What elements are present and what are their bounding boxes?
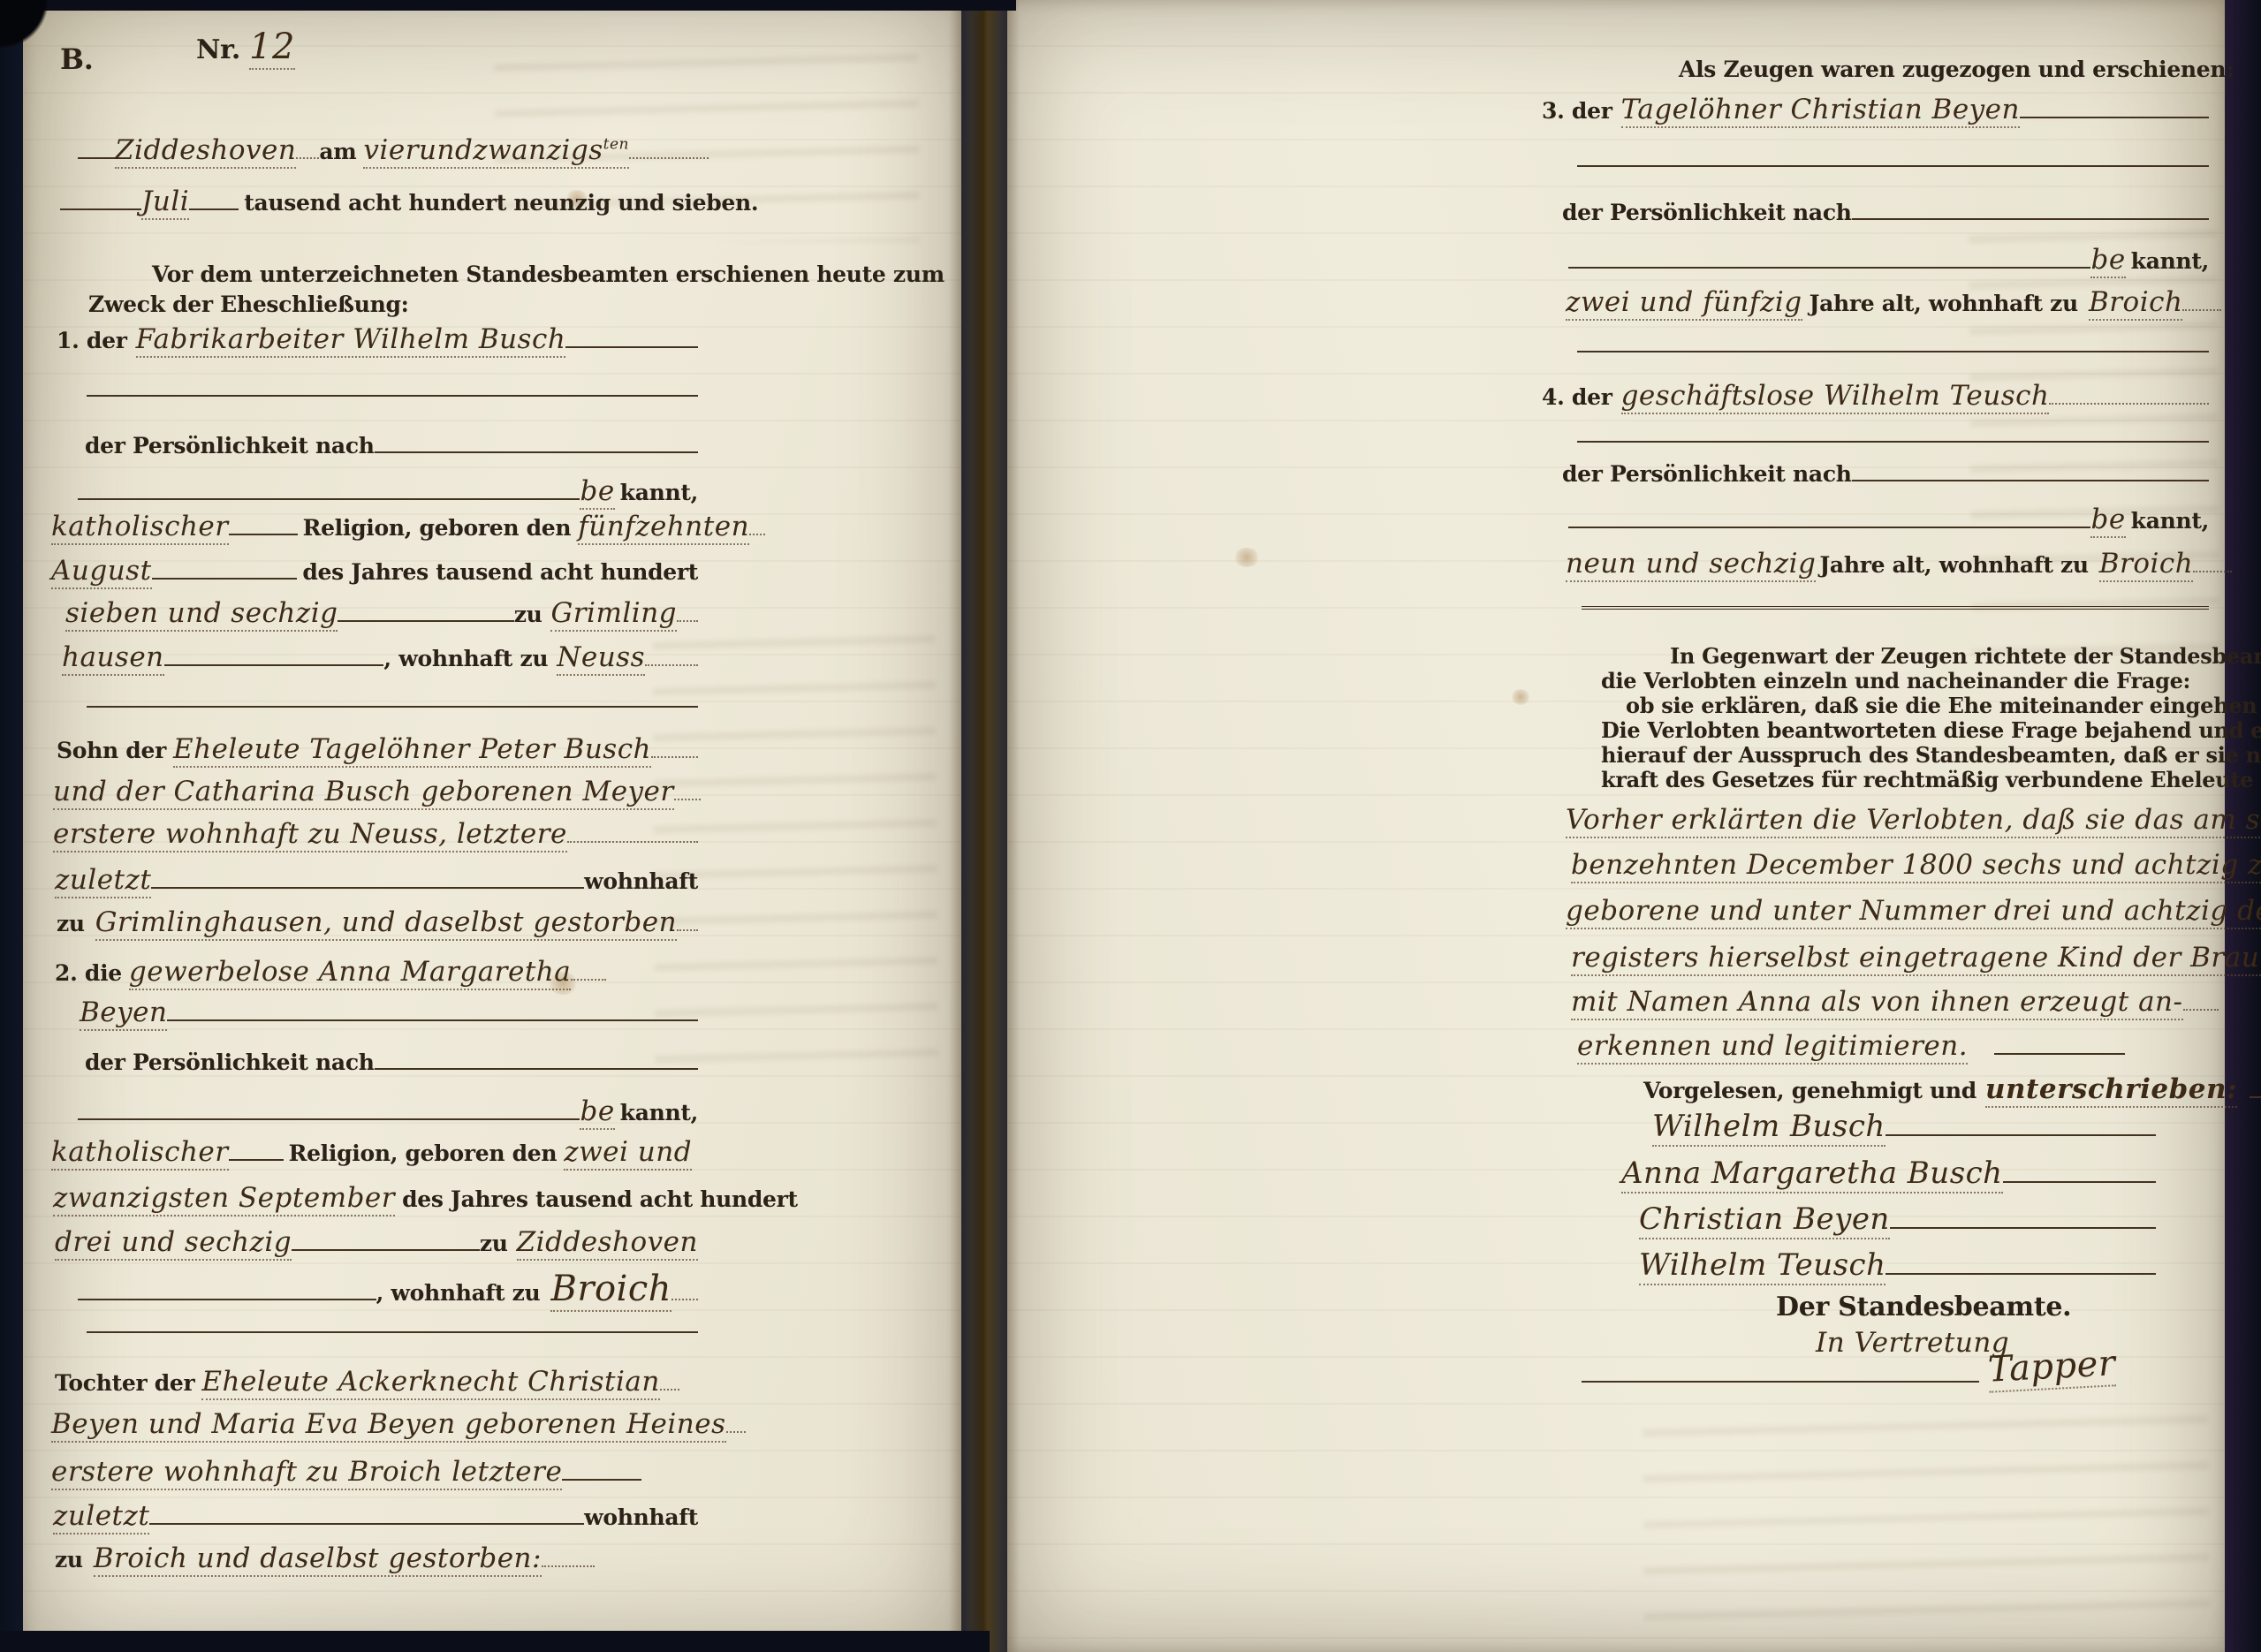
groom-line: 1. der Fabrikarbeiter Wilhelm Busch <box>57 323 698 358</box>
vertretung-line: In Vertretung <box>1816 1327 2009 1359</box>
month-entry: Juli <box>141 186 189 220</box>
bride-line: 2. die gewerbelose Anna Margaretha <box>55 956 698 990</box>
legitimation-line-6: erkennen und legitimieren. <box>1577 1030 2125 1065</box>
am-label: am <box>319 139 356 164</box>
witness4-line: 4. der geschäftslose Wilhelm Teusch <box>1542 380 2209 414</box>
birthday-entry: fünfzehnten <box>578 511 749 545</box>
bekannt-line-bride: be kannt, <box>78 1095 698 1130</box>
groom-parents-line-3: erstere wohnhaft zu Neuss, letztere <box>53 818 698 853</box>
registry-book-photo: B. Nr. 12 Ziddeshoven am vierundzwanzigs… <box>0 0 2261 1652</box>
bekannt-line-groom: be kannt, <box>78 475 698 510</box>
declaration-printed-6: kraft des Gesetzes für rechtmäßig verbun… <box>1601 767 2261 792</box>
witness3-line: 3. der Tagelöhner Christian Beyen <box>1542 94 2209 128</box>
bride-parents-line-2: Beyen und Maria Eva Beyen geborenen Hein… <box>51 1408 698 1443</box>
legitimation-line-5: mit Namen Anna als von ihnen erzeugt an- <box>1571 986 2209 1020</box>
foxing-stain <box>1233 548 1260 567</box>
religion-line-groom: katholischer Religion, geboren den fünfz… <box>51 511 698 545</box>
bride-parents-line-1: Tochter der Eheleute Ackerknecht Christi… <box>55 1366 698 1400</box>
birthmonth-entry: August <box>51 555 152 589</box>
groom-parents-line-4: zuletzt wohnhaft <box>55 864 698 898</box>
groom-parents-line-5: zu Grimlinghausen, und daselbst gestorbe… <box>57 906 698 941</box>
witness3-entry: Tagelöhner Christian Beyen <box>1621 94 2020 128</box>
declaration-printed-4: Die Verlobten beantworteten diese Frage … <box>1601 717 2261 743</box>
declaration-printed-3: ob sie erklären, daß sie die Ehe miteina… <box>1626 693 2261 718</box>
birthyear-line-bride: drei und sechzig zu Ziddeshoven <box>55 1226 698 1261</box>
age-line-w4: neun und sechzig Jahre alt, wohnhaft zu … <box>1566 548 2209 582</box>
legitimation-line-4: registers hierselbst eingetragene Kind d… <box>1571 942 2209 976</box>
section-letter-label: B. <box>60 42 94 76</box>
record-number: Nr. 12 <box>196 27 295 70</box>
place-date-line: Ziddeshoven am vierundzwanzigsten <box>78 134 709 169</box>
legitimation-line-1: Vorher erklärten die Verlobten, daß sie … <box>1566 804 2209 838</box>
witness3-age-entry: zwei und fünfzig <box>1566 286 1802 321</box>
blank-rule <box>87 394 698 397</box>
bride-entry: gewerbelose Anna Margaretha <box>129 956 571 990</box>
foxing-stain <box>1511 689 1530 705</box>
section-letter: B. <box>60 42 94 76</box>
book-edge-top <box>0 0 1016 11</box>
section-divider-rule <box>1582 606 2209 610</box>
declaration-printed-2: die Verlobten einzeln und nacheinander d… <box>1601 668 2190 693</box>
blank-rule <box>1577 350 2209 352</box>
unterschrieben-entry: unterschrieben: <box>1985 1073 2237 1108</box>
witness4-entry: geschäftslose Wilhelm Teusch <box>1621 380 2050 414</box>
declaration-printed-5: hierauf der Ausspruch des Standesbeamten… <box>1601 742 2261 768</box>
number-value: 12 <box>249 27 295 70</box>
bride-surname-entry: Beyen <box>80 997 167 1031</box>
bride-residence-entry: Broich <box>550 1269 671 1312</box>
blank-rule <box>1577 440 2209 443</box>
blank-rule <box>87 1330 698 1333</box>
witness4-age-entry: neun und sechzig <box>1566 548 1816 582</box>
registrar-signature: Tapper <box>1988 1346 2115 1390</box>
birthmonth-line-groom: August des Jahres tausend acht hundert <box>51 555 698 589</box>
blank-rule <box>87 705 698 708</box>
witness3-residence-entry: Broich <box>2089 286 2183 321</box>
birthyear-entry: sieben und sechzig <box>65 597 338 632</box>
residence-line-bride: , wohnhaft zu Broich <box>78 1269 698 1312</box>
birthplace-entry-2: hausen <box>62 641 164 676</box>
year-printed: tausend acht hundert neunzig und sieben. <box>244 190 758 216</box>
be-entry: be <box>580 475 614 510</box>
birthplace-entry: Grimling <box>550 597 677 632</box>
place-entry: Ziddeshoven <box>115 134 296 169</box>
declaration-printed-1: In Gegenwart der Zeugen richtete der Sta… <box>1670 643 2261 669</box>
number-label: Nr. <box>196 34 240 65</box>
groom-entry: Fabrikarbeiter Wilhelm Busch <box>136 323 566 358</box>
witness4-residence-entry: Broich <box>2099 548 2194 582</box>
bleed-through-text <box>1643 1403 2210 1636</box>
witness-header: Als Zeugen waren zugezogen und erschiene… <box>1679 57 2234 82</box>
bride-parents-line-3: erstere wohnhaft zu Broich letztere <box>51 1456 698 1490</box>
bride-parents-line-5: zu Broich und daselbst gestorben: <box>55 1542 698 1577</box>
identity-line-groom: der Persönlichkeit nach <box>85 433 698 458</box>
religion-line-bride: katholischer Religion, geboren den zwei … <box>51 1136 698 1171</box>
signature-bride: Anna Margaretha Busch <box>1621 1156 2156 1194</box>
book-edge-bottom <box>0 1631 990 1652</box>
blank-rule <box>1577 164 2209 167</box>
age-line-w3: zwei und fünfzig Jahre alt, wohnhaft zu … <box>1566 286 2209 321</box>
bekannt-line-w3: be kannt, <box>1568 244 2209 278</box>
intro-line-1: Vor dem unterzeichneten Standesbeamten e… <box>152 261 945 287</box>
book-gutter <box>949 0 1020 1652</box>
witness4-number: 4. der <box>1542 384 1612 410</box>
bride-parents-line-4: zuletzt wohnhaft <box>53 1500 698 1535</box>
legitimation-line-3: geborene und unter Nummer drei und achtz… <box>1566 895 2209 929</box>
bride-line-2: Beyen <box>80 997 698 1031</box>
registrar-title: Der Standesbeamte. <box>1776 1292 2071 1322</box>
religion-entry: katholischer <box>51 511 229 545</box>
residence-entry: Neuss <box>557 641 645 676</box>
birthyear-line-groom: sieben und sechzig zu Grimling <box>65 597 698 632</box>
residence-line-groom: hausen , wohnhaft zu Neuss <box>62 641 698 676</box>
registrar-rule <box>1582 1380 1979 1383</box>
signature-witness4: Wilhelm Teusch <box>1639 1247 2156 1285</box>
month-year-line: Juli tausend acht hundert neunzig und si… <box>60 186 705 220</box>
identity-line-w4: der Persönlichkeit nach <box>1562 461 2209 487</box>
vorgelesen-line: Vorgelesen, genehmigt und unterschrieben… <box>1643 1073 2209 1108</box>
signature-groom: Wilhelm Busch <box>1652 1109 2156 1147</box>
intro-line-2: Zweck der Eheschließung: <box>88 292 409 317</box>
book-corner <box>0 0 62 53</box>
day-entry: vierundzwanzigsten <box>363 134 629 169</box>
groom-parents-line-1: Sohn der Eheleute Tagelöhner Peter Busch <box>57 733 698 768</box>
signature-witness3: Christian Beyen <box>1639 1201 2156 1239</box>
bekannt-line-w4: be kannt, <box>1568 504 2209 538</box>
bride-number: 2. die <box>55 960 122 986</box>
identity-line-bride: der Persönlichkeit nach <box>85 1050 698 1075</box>
groom-parents-line-2: und der Catharina Busch geborenen Meyer <box>53 776 698 810</box>
witness3-number: 3. der <box>1542 98 1612 124</box>
identity-line-w3: der Persönlichkeit nach <box>1562 200 2209 225</box>
legitimation-line-2: benzehnten December 1800 sechs und achtz… <box>1571 849 2209 883</box>
birthmonth-line-bride: zwanzigsten September des Jahres tausend… <box>53 1182 698 1216</box>
groom-number: 1. der <box>57 328 127 353</box>
